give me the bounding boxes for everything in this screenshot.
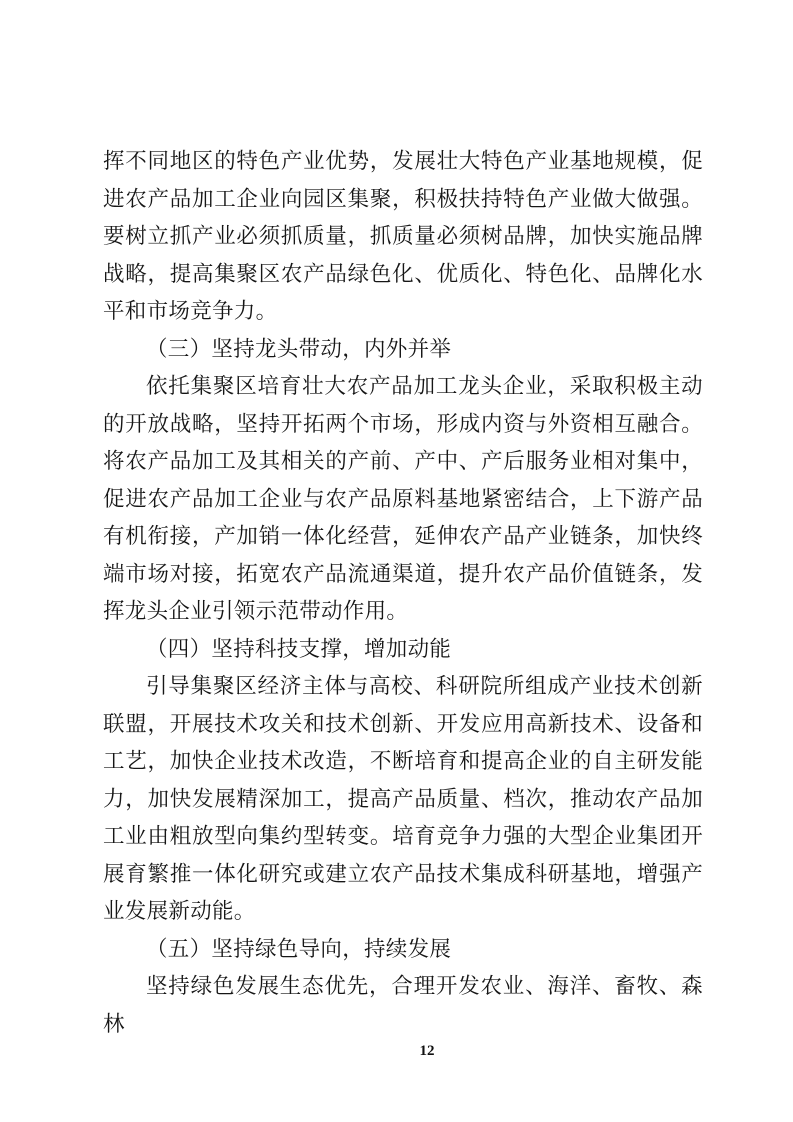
text-block: 挥不同地区的特色产业优势，发展壮大特色产业基地规模，促进农产品加工企业向园区集聚… xyxy=(103,143,703,1043)
document-page: 挥不同地区的特色产业优势，发展壮大特色产业基地规模，促进农产品加工企业向园区集聚… xyxy=(0,0,793,1122)
section-heading-5: （五）坚持绿色导向，持续发展 xyxy=(103,931,703,969)
section-4-paragraph: 引导集聚区经济主体与高校、科研院所组成产业技术创新联盟，开展技术攻关和技术创新、… xyxy=(103,668,703,931)
section-5-paragraph: 坚持绿色发展生态优先，合理开发农业、海洋、畜牧、森林 xyxy=(103,968,703,1043)
paragraph-continued: 挥不同地区的特色产业优势，发展壮大特色产业基地规模，促进农产品加工企业向园区集聚… xyxy=(103,143,703,331)
section-3-paragraph: 依托集聚区培育壮大农产品加工龙头企业，采取积极主动的开放战略，坚持开拓两个市场，… xyxy=(103,368,703,631)
page-number: 12 xyxy=(420,1041,435,1061)
section-heading-3: （三）坚持龙头带动，内外并举 xyxy=(103,331,703,369)
section-heading-4: （四）坚持科技支撑，增加动能 xyxy=(103,631,703,669)
